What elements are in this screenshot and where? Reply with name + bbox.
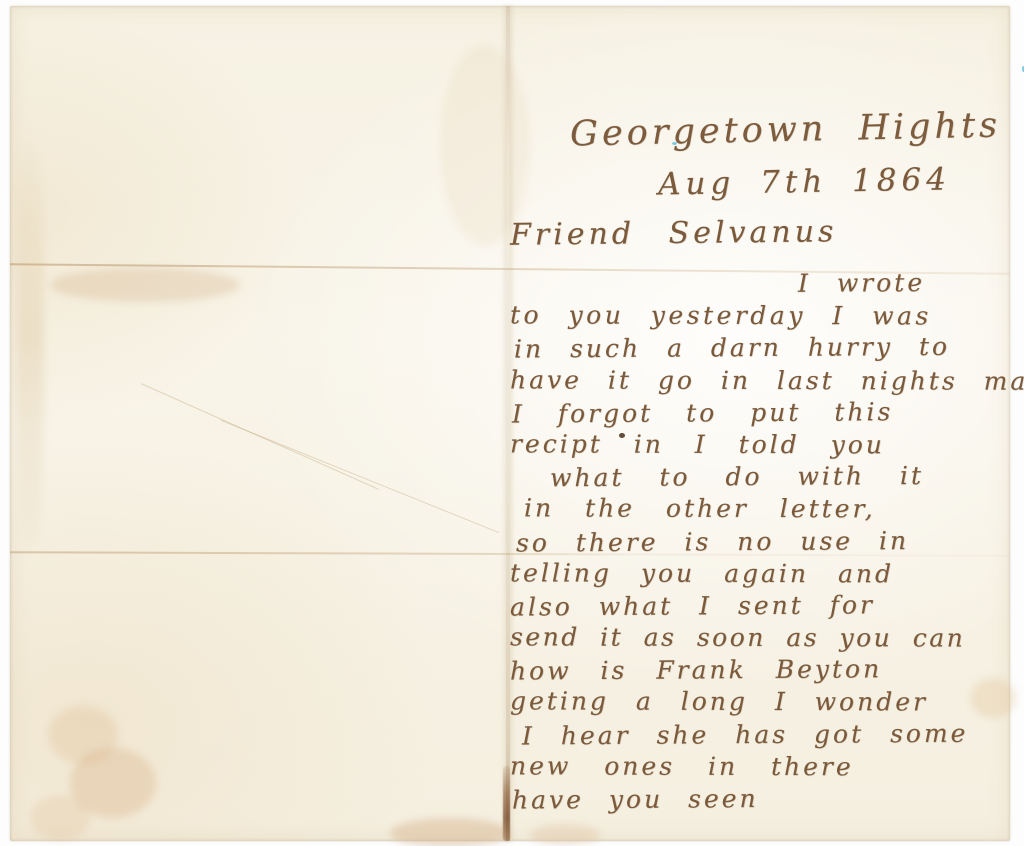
- letter-body-line: also what I sent for: [510, 588, 1018, 623]
- letter-body-line: I forgot to put this: [510, 395, 1018, 430]
- letter-heading-date: Aug 7th 1864: [658, 161, 952, 202]
- scan-background: Georgetown Hights Aug 7th 1864 Friend Se…: [0, 0, 1024, 846]
- letter-body-line: I hear she has got some: [510, 717, 1018, 752]
- paper-scratch: [221, 420, 500, 533]
- letter-body-line: so there is no use in: [510, 524, 1018, 559]
- letter-body-line: have it go in last nights mail: [510, 364, 1018, 398]
- letter-body-line: in such a darn hurry to: [510, 331, 1018, 366]
- letter-body-line: in the other letter,: [510, 493, 1018, 527]
- paper-stain: [390, 818, 510, 846]
- paper-stain: [18, 126, 44, 546]
- letter-body-line: recipt in I told you: [510, 428, 1018, 462]
- letter-paper: Georgetown Hights Aug 7th 1864 Friend Se…: [10, 6, 1010, 841]
- letter-body-line: to you yesterday I was: [510, 300, 1018, 334]
- letter-body: I wrote to you yesterday I was in such a…: [510, 268, 1018, 815]
- paper-stain: [30, 796, 90, 840]
- letter-body-line: I wrote: [510, 266, 1018, 301]
- letter-body-line: new ones in there: [510, 750, 1018, 784]
- letter-heading-place: Georgetown Hights: [570, 105, 1002, 154]
- letter-body-line: geting a long I wonder: [510, 686, 1018, 720]
- letter-body-line: what to do with it: [510, 460, 1018, 495]
- letter-salutation: Friend Selvanus: [510, 214, 838, 252]
- letter-body-line: telling you again and: [510, 557, 1018, 591]
- letter-body-line: send it as soon as you can: [510, 621, 1018, 655]
- paper-stain: [50, 268, 240, 302]
- letter-body-line: have you seen: [510, 781, 1018, 816]
- letter-page: Georgetown Hights Aug 7th 1864 Friend Se…: [508, 6, 1020, 841]
- letter-body-line: how is Frank Beyton: [510, 653, 1018, 688]
